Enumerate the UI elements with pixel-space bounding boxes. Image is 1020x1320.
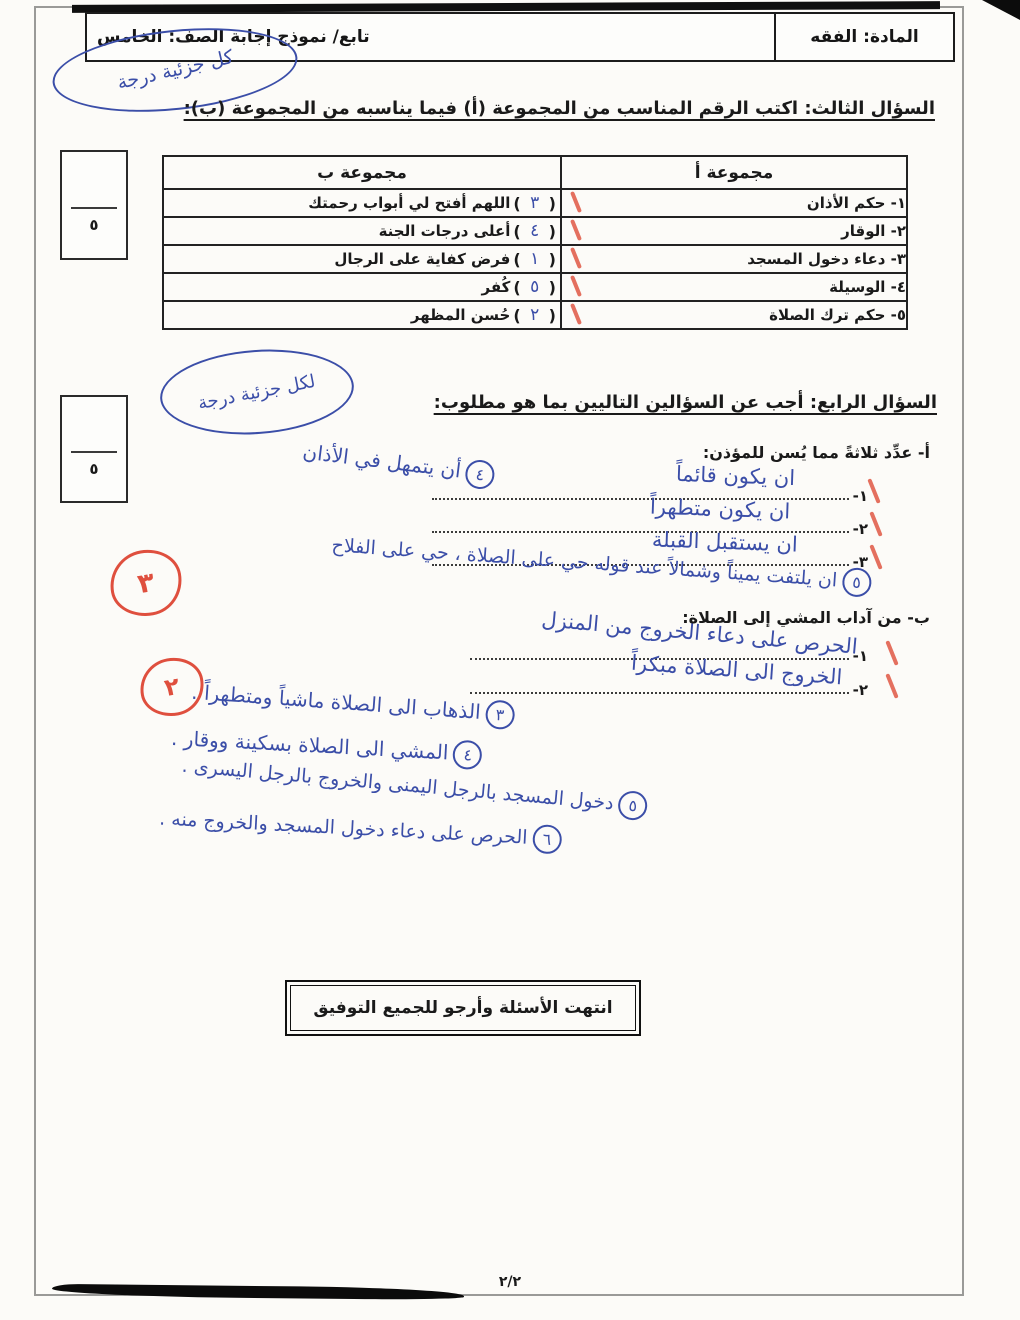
item-a: ٥- حكم ترك الصلاة xyxy=(769,306,906,324)
handwritten-answer: ان يكون قائماً xyxy=(675,462,795,490)
handwritten-answer: ان يستقبل القبلة xyxy=(652,527,799,556)
table-row: ٥- حكم ترك الصلاة حُسن المظهر(٢) xyxy=(163,301,907,329)
circled-number: ٣ xyxy=(485,699,516,730)
matching-table: مجموعة أ مجموعة ب ١- حكم الأذان اللهم أف… xyxy=(162,155,908,330)
score-box-q4: ٥ xyxy=(60,395,128,503)
scanned-exam-page: تابع/ نموذج إجابة الصف: الخامس المادة: ا… xyxy=(0,0,1020,1320)
item-a: ٣- دعاء دخول المسجد xyxy=(747,250,906,268)
circled-number: ٦ xyxy=(532,824,562,854)
item-b: اللهم أفتح لي أبواب رحمتك xyxy=(308,194,510,212)
close-paren: ) xyxy=(549,194,556,213)
handwritten-answer-number: ٤ xyxy=(524,221,546,241)
page-number: ٢/٢ xyxy=(0,1274,1020,1290)
teacher-note-text: لكل جزئية درجة xyxy=(197,370,318,413)
circled-number: ٤ xyxy=(452,740,482,770)
part-a-heading: أ- عدِّد ثلاثةً مما يُسن للمؤذن: xyxy=(703,443,930,462)
open-paren: ( xyxy=(513,194,520,213)
dotted-line xyxy=(470,692,849,694)
table-row: ٤- الوسيلة كُفر(٥) xyxy=(163,273,907,301)
red-tick-mark xyxy=(570,275,582,297)
score-value-q4: ٥ xyxy=(62,460,126,478)
score-box-divider xyxy=(71,451,117,453)
line-number: ٢- xyxy=(853,520,868,538)
score-box-divider xyxy=(71,207,117,209)
table-row: ٣- دعاء دخول المسجد فرض كفاية على الرجال… xyxy=(163,245,907,273)
handwritten-answer-number: ٢ xyxy=(524,305,546,325)
item-a: ٤- الوسيلة xyxy=(829,278,906,296)
question-3-title: السؤال الثالث: اكتب الرقم المناسب من الم… xyxy=(184,98,935,119)
score-value-q3: ٥ xyxy=(62,216,126,234)
end-of-questions-box: انتهت الأسئلة وأرجو للجميع التوفيق xyxy=(285,980,641,1036)
teacher-note-text: كل جزئية درجة xyxy=(115,46,235,94)
handwritten-answer: ان يكون متطهراً xyxy=(649,495,790,524)
subject-label: المادة: الفقه xyxy=(776,14,953,60)
item-a: ١- حكم الأذان xyxy=(807,194,906,212)
item-b: حُسن المظهر xyxy=(411,306,510,324)
line-number: ١- xyxy=(853,487,868,505)
column-a-header: مجموعة أ xyxy=(561,156,907,189)
item-b: كُفر xyxy=(482,278,511,296)
item-a: ٢- الوقار xyxy=(841,222,906,240)
red-tick-mark xyxy=(570,303,582,325)
item-b: فرض كفاية على الرجال xyxy=(334,250,510,268)
table-row: ٢- الوقار أعلى درجات الجنة(٤) xyxy=(163,217,907,245)
handwritten-answer-number: ١ xyxy=(524,249,546,269)
question-4-title: السؤال الرابع: أجب عن السؤالين التاليين … xyxy=(434,392,937,413)
circled-number: ٥ xyxy=(841,567,872,598)
table-row: ١- حكم الأذان اللهم أفتح لي أبواب رحمتك(… xyxy=(163,189,907,217)
line-number: ٢- xyxy=(853,681,868,699)
score-box-q3: ٥ xyxy=(60,150,128,260)
red-tick-mark xyxy=(570,219,582,241)
handwritten-answer-number: ٥ xyxy=(524,277,546,297)
red-tick-mark xyxy=(570,247,582,269)
handwritten-answer-number: ٣ xyxy=(524,193,546,213)
circled-number: ٤ xyxy=(464,458,496,490)
circled-number: ٥ xyxy=(617,790,648,821)
scan-artifact-corner xyxy=(982,0,1020,20)
red-tick-mark xyxy=(570,191,582,213)
item-b: أعلى درجات الجنة xyxy=(379,222,511,240)
table-header-row: مجموعة أ مجموعة ب xyxy=(163,156,907,189)
column-b-header: مجموعة ب xyxy=(163,156,561,189)
end-of-questions-text: انتهت الأسئلة وأرجو للجميع التوفيق xyxy=(290,985,636,1031)
